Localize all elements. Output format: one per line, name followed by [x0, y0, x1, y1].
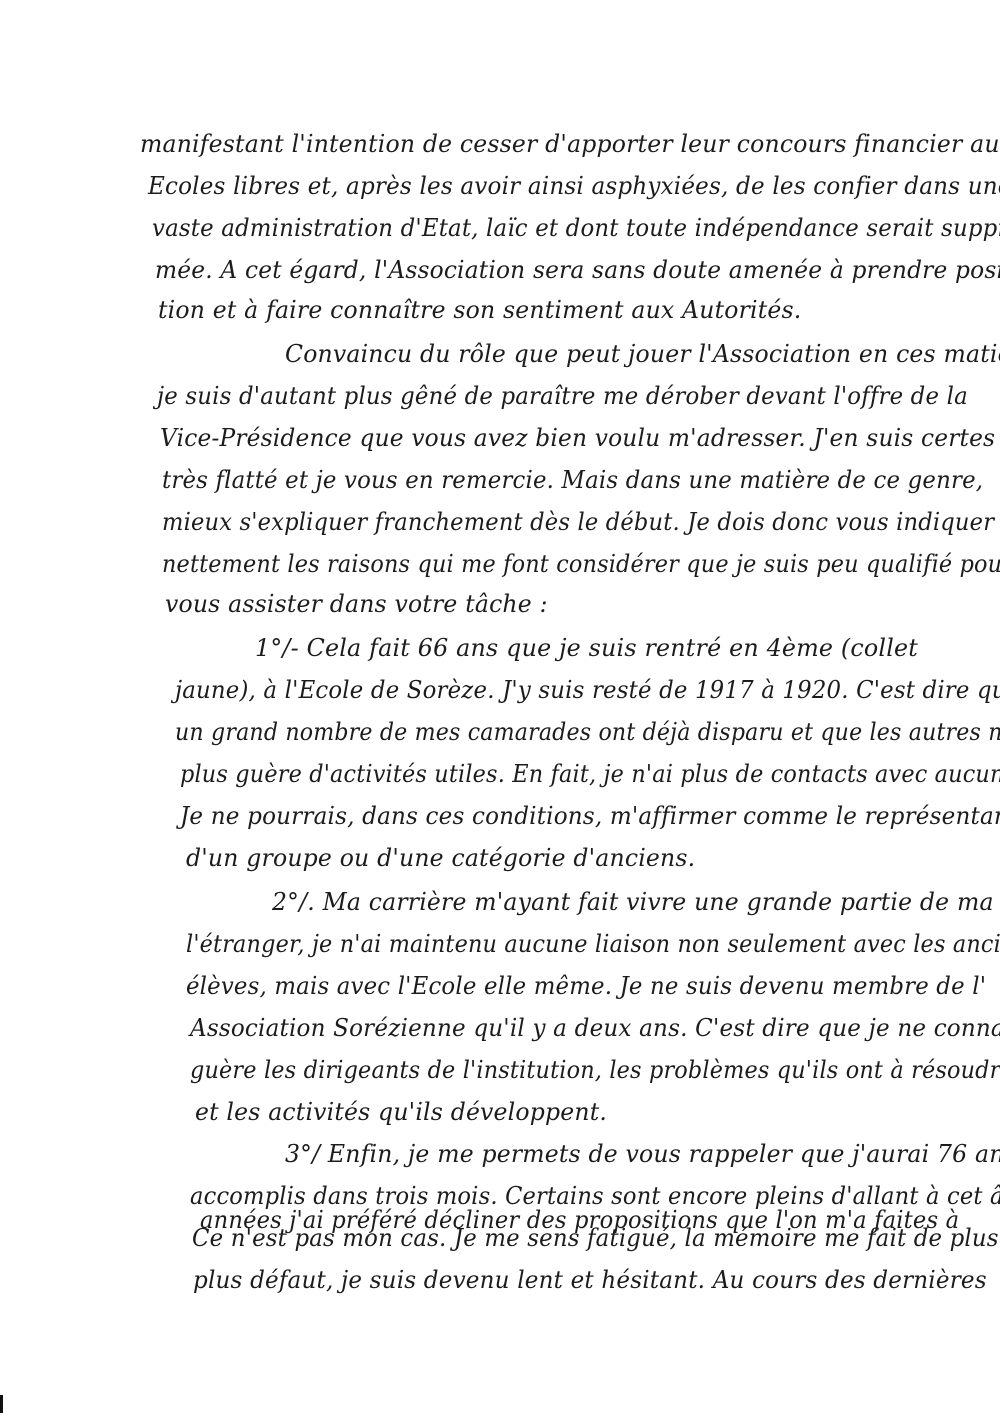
- handwritten-line: élèves, mais avec l'Ecole elle même. Je …: [186, 972, 986, 1000]
- handwritten-line: 3°/ Enfin, je me permets de vous rappele…: [285, 1140, 1000, 1168]
- handwritten-line: très flatté et je vous en remercie. Mais…: [162, 466, 983, 494]
- handwritten-line: jaune), à l'Ecole de Sorèze. J'y suis re…: [175, 676, 1000, 704]
- handwritten-line: Vice-Présidence que vous avez bien voulu…: [160, 424, 995, 452]
- handwritten-line: un grand nombre de mes camarades ont déj…: [175, 718, 1000, 746]
- handwritten-line: manifestant l'intention de cesser d'appo…: [140, 130, 1000, 158]
- handwritten-line: nettement les raisons qui me font consid…: [162, 550, 1000, 578]
- handwritten-line: tion et à faire connaître son sentiment …: [158, 296, 801, 324]
- handwritten-line: je suis d'autant plus gêné de paraître m…: [157, 382, 968, 410]
- scan-edge-mark: [0, 1395, 3, 1413]
- handwritten-line: 2°/. Ma carrière m'ayant fait vivre une …: [272, 888, 1000, 916]
- handwritten-line: vous assister dans votre tâche :: [165, 590, 548, 618]
- handwritten-line: d'un groupe ou d'une catégorie d'anciens…: [186, 844, 695, 872]
- handwritten-line: mieux s'expliquer franchement dès le déb…: [162, 508, 994, 536]
- handwritten-line: Ecoles libres et, après les avoir ainsi …: [148, 172, 1000, 200]
- handwritten-line: vaste administration d'Etat, laïc et don…: [152, 214, 1000, 242]
- handwritten-line: années j'ai préféré décliner des proposi…: [200, 1206, 959, 1234]
- handwritten-line: guère les dirigeants de l'institution, l…: [190, 1056, 1000, 1084]
- handwritten-line: l'étranger, je n'ai maintenu aucune liai…: [186, 930, 1000, 958]
- letter-page: manifestant l'intention de cesser d'appo…: [0, 0, 1000, 1413]
- handwritten-line: et les activités qu'ils développent.: [195, 1098, 607, 1126]
- handwritten-line: Convaincu du rôle que peut jouer l'Assoc…: [285, 340, 1000, 368]
- handwritten-line: mée. A cet égard, l'Association sera san…: [155, 256, 1000, 284]
- handwritten-line: Je ne pourrais, dans ces conditions, m'a…: [180, 802, 1000, 830]
- handwritten-line: plus guère d'activités utiles. En fait, …: [180, 760, 1000, 788]
- handwritten-line: Association Sorézienne qu'il y a deux an…: [190, 1014, 1000, 1042]
- handwritten-line: 1°/- Cela fait 66 ans que je suis rentré…: [255, 634, 918, 662]
- handwritten-line: plus défaut, je suis devenu lent et hési…: [193, 1266, 987, 1294]
